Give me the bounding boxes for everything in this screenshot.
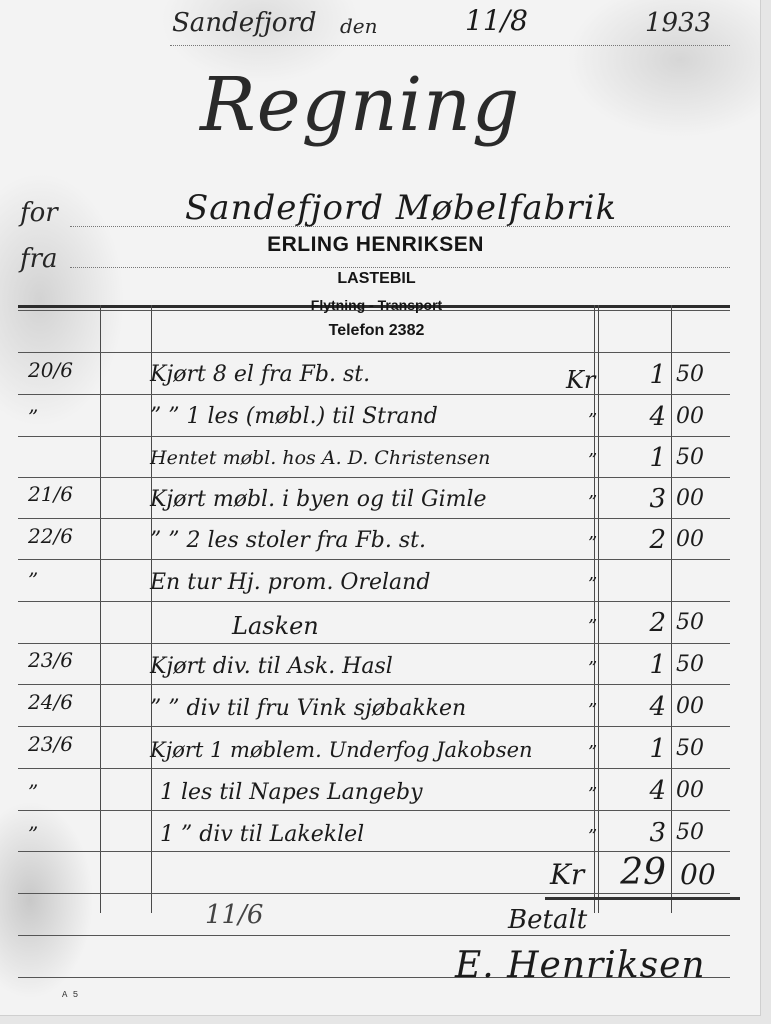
item-ore: 00	[676, 778, 704, 803]
item-description: 1 les til Napes Langeby	[160, 780, 423, 805]
column-divider-amount-b	[598, 305, 599, 913]
row-rule	[18, 768, 730, 769]
item-kroner: 3	[610, 818, 666, 848]
row-rule	[18, 643, 730, 644]
column-divider-date	[100, 305, 101, 913]
item-description: 1 ” div til Lakeklel	[160, 822, 364, 847]
stamp-phone: Telefon 2382	[0, 322, 762, 340]
item-kroner: 1	[610, 360, 666, 390]
row-rule	[18, 477, 730, 478]
item-ditto-mark: ”	[588, 450, 597, 471]
item-ore: 00	[676, 527, 704, 552]
row-rule	[18, 601, 730, 602]
item-ore: 50	[676, 445, 704, 470]
item-date: 24/6	[28, 690, 73, 714]
row-rule	[18, 394, 730, 395]
row-rule	[18, 559, 730, 560]
item-ore: 00	[676, 486, 704, 511]
stamp-company-name: ERLING HENRIKSEN	[0, 233, 761, 257]
item-description: Hentet møbl. hos A. D. Christensen	[150, 447, 490, 469]
item-date: 23/6	[28, 648, 73, 672]
item-description: Kjørt 1 møblem. Underfog Jakobsen	[150, 738, 533, 762]
form-code: A 5	[62, 990, 78, 1000]
item-description: ” ” 1 les (møbl.) til Strand	[150, 404, 438, 429]
item-date: ”	[28, 568, 38, 592]
item-date: ”	[28, 780, 38, 804]
item-kroner: 2	[610, 525, 666, 555]
total-currency-label: Kr	[550, 858, 584, 891]
invoice-paper: Sandefjord den 11/8 1933 Regning for San…	[0, 0, 761, 1016]
row-rule	[18, 352, 730, 353]
row-rule	[18, 893, 730, 894]
item-description: Kjørt div. til Ask. Hasl	[150, 654, 393, 679]
item-ditto-mark: ”	[588, 492, 597, 513]
row-rule	[18, 436, 730, 437]
item-kroner: 4	[610, 776, 666, 806]
item-ditto-mark: ”	[588, 574, 597, 595]
item-kroner: 4	[610, 402, 666, 432]
den-label: den	[340, 14, 378, 38]
item-ore: 50	[676, 652, 704, 677]
item-ditto-mark: ”	[588, 742, 597, 763]
item-kroner: 1	[610, 734, 666, 764]
row-rule	[18, 684, 730, 685]
item-ditto-mark: ”	[588, 410, 597, 431]
item-ditto-mark: ”	[588, 658, 597, 679]
row-rule	[18, 810, 730, 811]
item-kroner: 1	[610, 443, 666, 473]
column-divider-amount-a	[594, 305, 595, 913]
document-title: Regning	[200, 62, 520, 148]
handwritten-note: 11/6	[205, 900, 263, 930]
row-rule	[18, 935, 730, 936]
item-ore: 00	[676, 404, 704, 429]
item-ditto-mark: ”	[588, 784, 597, 805]
item-date: 22/6	[28, 524, 73, 548]
item-description: Kjørt møbl. i byen og til Gimle	[150, 487, 487, 512]
item-date: 21/6	[28, 482, 73, 506]
row-rule	[18, 726, 730, 727]
item-kroner: 1	[610, 650, 666, 680]
total-ore: 00	[680, 858, 716, 891]
item-ditto-mark: ”	[588, 533, 597, 554]
item-description: ” ” div til fru Vink sjøbakken	[150, 696, 466, 721]
signature: E. Henriksen	[455, 945, 706, 986]
item-date: 20/6	[28, 358, 73, 382]
customer-name: Sandefjord Møbelfabrik	[185, 188, 617, 228]
item-description: Lasken	[232, 612, 319, 640]
date-line	[170, 45, 730, 46]
item-ditto-mark: ”	[588, 616, 597, 637]
place-text: Sandefjord	[172, 8, 317, 38]
stamp-services: Flytning - Transport	[0, 297, 762, 313]
item-ore: 50	[676, 820, 704, 845]
total-kroner: 29	[600, 852, 666, 893]
total-underline	[545, 897, 740, 900]
item-kroner: 2	[610, 608, 666, 638]
paid-mark: Betalt	[508, 905, 587, 935]
item-ore: 00	[676, 694, 704, 719]
item-date: ”	[28, 405, 38, 429]
row-rule	[18, 518, 730, 519]
item-ore: 50	[676, 362, 704, 387]
item-ditto-mark: ”	[588, 700, 597, 721]
item-ore: 50	[676, 610, 704, 635]
date-year: 1933	[645, 8, 711, 38]
stamp-business: LASTEBIL	[0, 270, 762, 288]
column-divider-desc	[151, 305, 152, 913]
item-date: 23/6	[28, 732, 73, 756]
item-description: En tur Hj. prom. Oreland	[150, 570, 430, 595]
column-divider-ore	[671, 305, 672, 913]
date-day-month: 11/8	[465, 4, 528, 37]
item-ore: 50	[676, 736, 704, 761]
item-description: ” ” 2 les stoler fra Fb. st.	[150, 528, 426, 553]
for-label: for	[20, 198, 58, 228]
item-description: Kjørt 8 el fra Fb. st.	[150, 362, 370, 387]
item-currency-mark: Kr	[566, 366, 595, 394]
fra-line	[70, 267, 730, 268]
item-ditto-mark: ”	[588, 826, 597, 847]
item-date: ”	[28, 822, 38, 846]
item-kroner: 3	[610, 484, 666, 514]
item-kroner: 4	[610, 692, 666, 722]
